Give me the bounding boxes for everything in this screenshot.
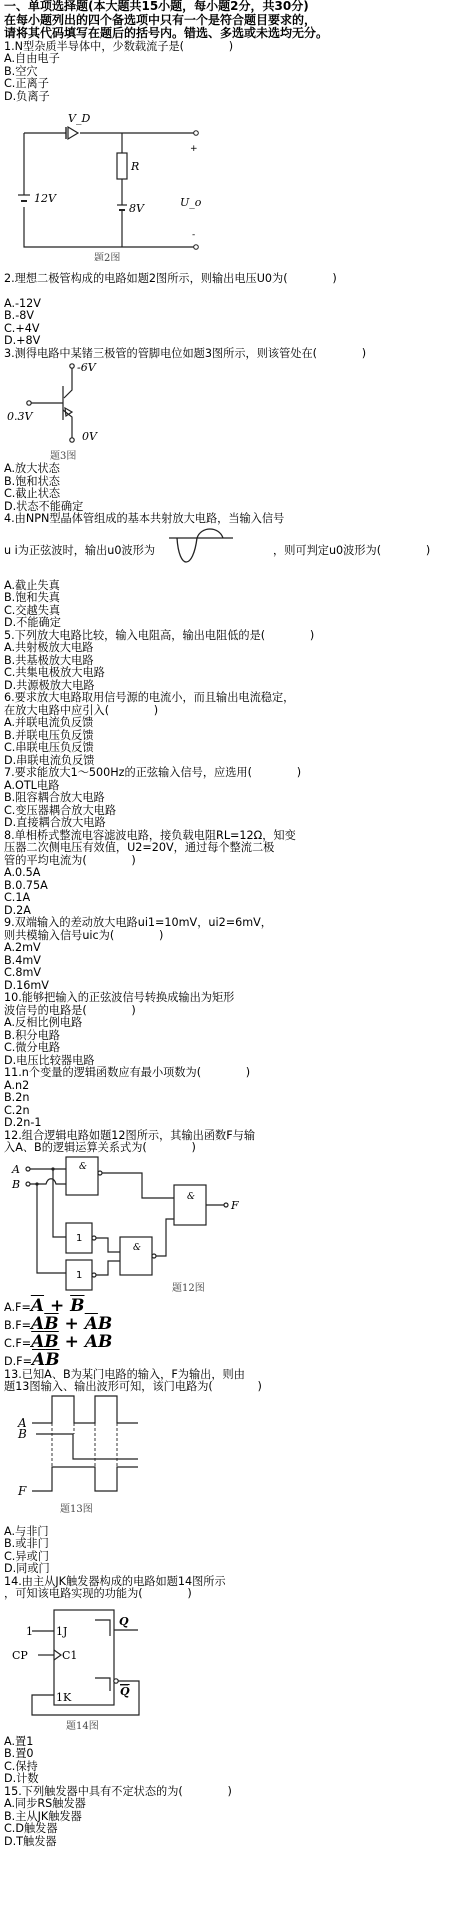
question-10: 10.能够把输入的正弦波信号转换成输出为矩形 波信号的电路是( ) A.反相比例… <box>4 992 460 1067</box>
question-stem-cont: 入A、B的逻辑运算关系式为( ) <box>4 1142 460 1155</box>
question-9: 9.双端输入的差动放大电路ui1=10mV，ui2=6mV， 则共模输入信号ui… <box>4 917 460 992</box>
exam-document: 一、单项选择题(本大题共15小题，每小题2分，共30分) 在每小题列出的四个备选… <box>4 0 460 1848</box>
option-a: A.与非门 <box>4 1526 460 1539</box>
question-stem: 6.要求放大电路取用信号源的电流小，而且输出电流稳定， <box>4 692 460 705</box>
formula-b: AB + AB <box>31 1314 112 1334</box>
option-c: C.异或门 <box>4 1551 460 1564</box>
question-3: 3.测得电路中某锗三极管的管脚电位如题3图所示，则该管处在( ) -6V 0.3… <box>4 348 460 514</box>
option-b: B.积分电路 <box>4 1030 460 1043</box>
option-c: C.8mV <box>4 967 460 980</box>
option-d: D.F=AB <box>4 1351 460 1369</box>
option-b: B.或非门 <box>4 1538 460 1551</box>
option-c: C.保持 <box>4 1761 460 1774</box>
question-4: 4.由NPN型晶体管组成的基本共射放大电路，当输入信号 u i为正弦波时，输出u… <box>4 513 460 630</box>
option-a: A.自由电子 <box>4 53 460 66</box>
option-b: B.4mV <box>4 955 460 968</box>
figure-q12-logic-circuit: A B & 1 1 & & F 题12图 <box>4 1155 460 1297</box>
qbar-output-label: Q <box>120 1685 130 1698</box>
question-15: 15.下列触发器中具有不定状态的为( ) A.同步RS触发器 B.主从JK触发器… <box>4 1786 460 1849</box>
question-8: 8.单相桥式整流电容滤波电路，接负载电阻RL=12Ω，知变 压器二次侧电压有效值… <box>4 830 460 918</box>
question-7: 7.要求能放大1～500Hz的正弦输入信号，应选用( ) A.OTL电路 B.阻… <box>4 767 460 830</box>
c1-pin-label: C1 <box>62 1649 77 1662</box>
option-a: A.放大状态 <box>4 463 460 476</box>
waveform-f-label: F <box>17 1484 27 1498</box>
output-voltage-label: U_o <box>180 196 202 209</box>
figure-caption: 题14图 <box>66 1720 99 1732</box>
option-b: B.置0 <box>4 1748 460 1761</box>
option-c: C.F=AB + AB <box>4 1333 460 1351</box>
question-stem: 10.能够把输入的正弦波信号转换成输出为矩形 <box>4 992 460 1005</box>
option-c: C.正离子 <box>4 78 460 91</box>
question-6: 6.要求放大电路取用信号源的电流小，而且输出电流稳定， 在放大电路中应引入( )… <box>4 692 460 767</box>
diode-label: V_D <box>68 112 90 125</box>
option-d: D.负离子 <box>4 91 460 104</box>
input-a-label: A <box>11 1163 20 1176</box>
question-stem: 7.要求能放大1～500Hz的正弦输入信号，应选用( ) <box>4 767 460 780</box>
not-gate-1-symbol: 1 <box>76 1233 82 1244</box>
option-b: B.阻容耦合放大电路 <box>4 792 460 805</box>
question-stem: 2.理想二极管构成的电路如题2图所示，则输出电压U0为( ) <box>4 273 460 286</box>
question-2: 2.理想二极管构成的电路如题2图所示，则输出电压U0为( ) A.-12V B.… <box>4 261 460 348</box>
option-b: B.饱和失真 <box>4 592 460 605</box>
question-stem: 4.由NPN型晶体管组成的基本共射放大电路，当输入信号 <box>4 513 460 526</box>
option-a: A.同步RS触发器 <box>4 1798 460 1811</box>
cp-input-label: CP <box>12 1649 28 1662</box>
j-input-value: 1 <box>26 1625 33 1638</box>
option-a: A.截止失真 <box>4 580 460 593</box>
figure-caption: 题13图 <box>60 1503 93 1515</box>
option-b: B.0.75A <box>4 880 460 893</box>
option-d: D.计数 <box>4 1773 460 1786</box>
not-gate-2-symbol: 1 <box>76 1270 82 1281</box>
option-b: B.空穴 <box>4 66 460 79</box>
question-stem: 9.双端输入的差动放大电路ui1=10mV，ui2=6mV， <box>4 917 460 930</box>
output-waveform-icon <box>165 526 255 574</box>
plus-label: + <box>190 144 198 154</box>
question-stem: 1.N型杂质半导体中，少数载流子是( ) <box>4 41 460 54</box>
figure-caption: 题12图 <box>172 1282 205 1294</box>
question-5: 5.下列放大电路比较，输入电阻高，输出电阻低的是( ) A.共射极放大电路 B.… <box>4 630 460 693</box>
option-d: D.2n-1 <box>4 1117 460 1130</box>
option-a: A.-12V <box>4 298 460 311</box>
option-b: B.-8V <box>4 310 460 323</box>
q-output-label: Q <box>119 1615 129 1628</box>
figure-q14-jk-flipflop: 1 1J CP C1 1K Q Q 题14图 <box>4 1601 460 1736</box>
stem-after-waveform: ，则可判定u0波形为( ) <box>273 542 430 558</box>
question-stem-cont: 则共模输入信号uic为( ) <box>4 930 460 943</box>
battery-8v-label: 8V <box>129 202 145 215</box>
question-stem-cont: 压器二次侧电压有效值，U2=20V，通过每个整流二极 <box>4 842 460 855</box>
nand-gate-1-symbol: & <box>79 1162 87 1172</box>
k-pin-label: 1K <box>56 1691 72 1704</box>
j-pin-label: 1J <box>56 1625 67 1638</box>
option-d: D.T触发器 <box>4 1836 460 1849</box>
option-c: C.1A <box>4 892 460 905</box>
minus-label: - <box>192 230 195 240</box>
battery-12v-label: 12V <box>34 192 57 205</box>
nand-gate-3-symbol: & <box>187 1192 195 1202</box>
option-a: A.共射极放大电路 <box>4 642 460 655</box>
output-f-label: F <box>230 1199 239 1212</box>
option-d: D.同或门 <box>4 1563 460 1576</box>
section-instructions-1: 在每小题列出的四个备选项中只有一个是符合题目要求的， <box>4 14 460 28</box>
waveform-b-label: B <box>17 1427 27 1441</box>
formula-a: A + B <box>31 1296 85 1316</box>
formula-d: AB <box>32 1350 60 1370</box>
option-a: A.0.5A <box>4 867 460 880</box>
figure-caption: 题2图 <box>94 252 120 261</box>
question-stem-cont: 题13图输入、输出波形可知，该门电路为( ) <box>4 1381 460 1394</box>
option-b: B.主从JK触发器 <box>4 1811 460 1824</box>
option-c: C.截止状态 <box>4 488 460 501</box>
question-14: 14.由主从JK触发器构成的电路如题14图所示 ，可知该电路实现的功能为( ) … <box>4 1576 460 1786</box>
section-title: 一、单项选择题(本大题共15小题，每小题2分，共30分) <box>4 0 460 14</box>
emitter-voltage-label: 0V <box>82 430 98 443</box>
question-stem: 3.测得电路中某锗三极管的管脚电位如题3图所示，则该管处在( ) <box>4 348 460 361</box>
figure-q2-circuit: V_D 12V R 8V U_o + - 题2图 <box>4 103 460 261</box>
option-d: D.+8V <box>4 335 460 348</box>
question-stem-cont: 管的平均电流为( ) <box>4 855 460 868</box>
option-c: C.共集电极放大电路 <box>4 667 460 680</box>
formula-c: AB + AB <box>31 1332 112 1352</box>
question-stem: 11.n个变量的逻辑函数应有最小项数为( ) <box>4 1067 460 1080</box>
question-12: 12.组合逻辑电路如题12图所示，其输出函数F与输 入A、B的逻辑运算关系式为(… <box>4 1130 460 1369</box>
option-a: A.置1 <box>4 1736 460 1749</box>
option-c: C.交越失真 <box>4 605 460 618</box>
figure-q3-transistor: -6V 0.3V 0V 题3图 <box>4 360 460 463</box>
question-11: 11.n个变量的逻辑函数应有最小项数为( ) A.n2 B.2n C.2n D.… <box>4 1067 460 1130</box>
section-instructions-2: 请将其代码填写在题后的括号内。错选、多选或未选均无分。 <box>4 27 460 41</box>
option-a: A.反相比例电路 <box>4 1017 460 1030</box>
stem-before-waveform: u i为正弦波时，输出u0波形为 <box>4 542 155 558</box>
option-a: A.F=A + B <box>4 1297 460 1315</box>
option-a: A.n2 <box>4 1080 460 1093</box>
question-13: 13.已知A、B为某门电路的输入，F为输出，则由 题13图输入、输出波形可知，该… <box>4 1369 460 1576</box>
question-1: 1.N型杂质半导体中，少数载流子是( ) A.自由电子 B.空穴 C.正离子 D… <box>4 41 460 104</box>
option-a: A.并联电流负反馈 <box>4 717 460 730</box>
option-b: B.饱和状态 <box>4 476 460 489</box>
resistor-label: R <box>130 160 139 173</box>
nand-gate-2-symbol: & <box>133 1243 141 1253</box>
input-b-label: B <box>11 1178 20 1191</box>
option-d: D.直接耦合放大电路 <box>4 817 460 830</box>
figure-q13-waveforms: A B F 题13图 <box>4 1394 460 1526</box>
option-c: C.2n <box>4 1105 460 1118</box>
base-voltage-label: 0.3V <box>7 410 33 423</box>
question-stem-inline: u i为正弦波时，输出u0波形为 ，则可判定u0波形为( ) <box>4 526 460 574</box>
collector-voltage-label: -6V <box>77 361 97 374</box>
option-a: A.2mV <box>4 942 460 955</box>
option-c: C.微分电路 <box>4 1042 460 1055</box>
option-b: B.F=AB + AB <box>4 1315 460 1333</box>
option-b: B.2n <box>4 1092 460 1105</box>
option-c: C.串联电压负反馈 <box>4 742 460 755</box>
option-c: C.+4V <box>4 323 460 336</box>
question-stem-cont: ，可知该电路实现的功能为( ) <box>4 1588 460 1601</box>
option-c: C.D触发器 <box>4 1823 460 1836</box>
figure-caption: 题3图 <box>50 450 76 462</box>
option-d: D.不能确定 <box>4 617 460 630</box>
